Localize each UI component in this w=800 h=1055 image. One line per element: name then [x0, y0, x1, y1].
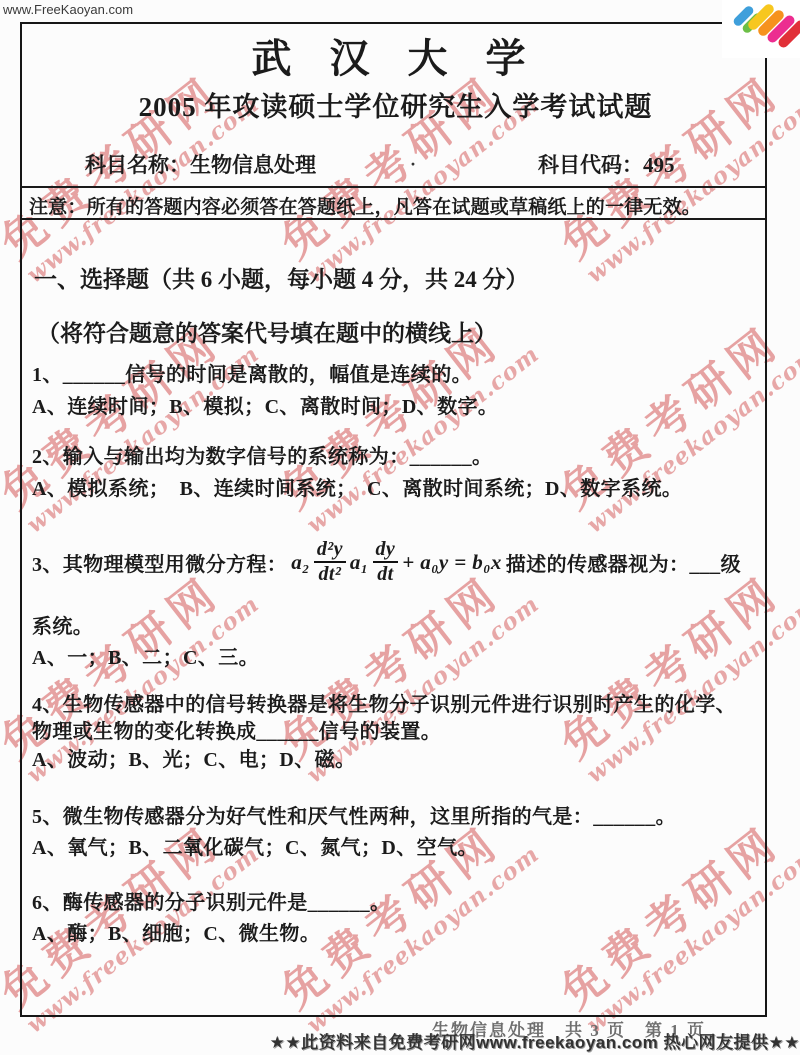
- site-url-text: www.FreeKaoyan.com: [3, 2, 133, 17]
- question-1-options: A、连续时间；B、模拟；C、离散时间；D、数字。: [32, 390, 759, 419]
- eq-coefficient: a₂: [291, 550, 310, 575]
- eq-denominator: dt: [374, 563, 396, 586]
- eq-numerator: dy: [373, 538, 399, 563]
- notice-divider: [22, 218, 765, 220]
- question-2-text: 2、输入与输出均为数字信号的系统称为：______。: [32, 440, 759, 469]
- question-4-text-line2: 物理或生物的变化转换成______信号的装置。: [32, 715, 759, 744]
- eq-fraction: dy dt: [373, 538, 399, 586]
- eq-fraction: d²y dt²: [314, 538, 346, 586]
- eq-coefficient: a₁: [350, 550, 369, 575]
- subject-name: 科目名称：生物信息处理: [85, 149, 316, 179]
- stray-dot: ·: [410, 154, 416, 175]
- question-3-pre: 3、其物理模型用微分方程：: [32, 548, 287, 577]
- question-3-options: A、一；B、二；C、三。: [32, 641, 759, 670]
- eq-tail: + a₀y = b₀x: [402, 550, 502, 575]
- subject-code: 科目代码：495: [538, 149, 675, 179]
- footer-credit: ★★此资料来自免费考研网www.freekaoyan.com 热心网友提供★★: [270, 1028, 800, 1053]
- question-4-text-line1: 4、生物传感器中的信号转换器是将生物分子识别元件进行识别时产生的化学、: [32, 688, 759, 717]
- section-heading: 一、选择题（共 6 小题，每小题 4 分，共 24 分）: [34, 261, 759, 294]
- exam-title: 2005 年攻读硕士学位研究生入学考试试题: [32, 85, 759, 124]
- question-5-options: A、氧气；B、二氧化碳气；C、氮气；D、空气。: [32, 831, 759, 860]
- section-instruction: （将符合题意的答案代号填在题中的横线上）: [37, 315, 759, 348]
- exam-sheet-frame: 武 汉 大 学 2005 年攻读硕士学位研究生入学考试试题 科目名称：生物信息处…: [20, 22, 767, 1017]
- question-1-text: 1、______信号的时间是离散的，幅值是连续的。: [32, 358, 759, 387]
- university-title: 武 汉 大 学: [32, 27, 759, 84]
- question-6-text: 6、酶传感器的分子识别元件是______。: [32, 886, 759, 915]
- scanned-exam-page: 免费考研网www.freekaoyan.com 免费考研网www.freekao…: [0, 0, 800, 1055]
- question-6-options: A、酶；B、细胞；C、微生物。: [32, 917, 759, 946]
- question-3-text: 3、其物理模型用微分方程： a₂ d²y dt² a₁ dy dt + a₀y …: [32, 522, 759, 602]
- header-divider: [22, 186, 765, 188]
- eq-denominator: dt²: [315, 563, 344, 586]
- question-5-text: 5、微生物传感器分为好气性和厌气性两种，这里所指的气是：______。: [32, 800, 759, 829]
- differential-equation: a₂ d²y dt² a₁ dy dt + a₀y = b₀x: [290, 538, 503, 586]
- question-3-continuation: 系统。: [32, 610, 759, 639]
- eq-numerator: d²y: [314, 538, 346, 563]
- question-4-options: A、波动；B、光；C、电；D、磁。: [32, 743, 759, 772]
- notice-text: 注意：所有的答题内容必须答在答题纸上，凡答在试题或草稿纸上的一律无效。: [29, 192, 759, 219]
- freekaoyan-logo-icon: [722, 0, 800, 58]
- question-3-post: 描述的传感器视为：___级: [506, 548, 741, 577]
- question-2-options: A、模拟系统； B、连续时间系统； C、离散时间系统；D、数字系统。: [32, 472, 759, 501]
